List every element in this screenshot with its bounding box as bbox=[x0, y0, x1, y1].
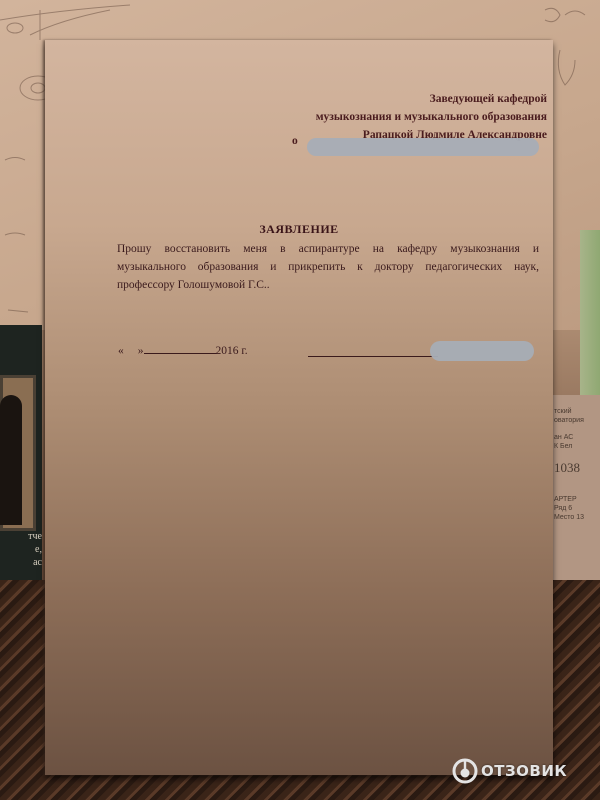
application-sheet: Заведующей кафедрой музыкознания и музык… bbox=[45, 40, 553, 775]
request-line: Прошу восстановить меня в аспирантуре на… bbox=[117, 240, 539, 258]
ticket-line: оватория bbox=[554, 416, 584, 425]
request-text: Прошу восстановить меня в аспирантуре на… bbox=[117, 240, 539, 294]
request-line: музыкального образования и прикрепить к … bbox=[117, 258, 539, 276]
ticket-venue: тский оватория bbox=[554, 407, 584, 425]
background-green-card bbox=[580, 230, 600, 395]
request-line: профессору Голошумовой Г.С.. bbox=[117, 276, 539, 294]
ticket-line: АРТЕР bbox=[554, 495, 584, 504]
redacted-signature-name bbox=[430, 341, 534, 361]
otzovik-watermark: ОТЗОВИК bbox=[452, 758, 567, 784]
ticket-line: Ряд 6 bbox=[554, 504, 584, 513]
ticket-line: К Бел bbox=[554, 442, 573, 451]
document-title: ЗАЯВЛЕНИЕ bbox=[45, 222, 553, 237]
otzovik-logo-icon bbox=[452, 758, 478, 784]
ticket-hall: ан АС К Бел bbox=[554, 433, 573, 451]
icon-figure bbox=[0, 395, 22, 525]
date-field: «»2016 г. bbox=[118, 343, 248, 357]
ticket-line: ан АС bbox=[554, 433, 573, 442]
icon-caption-line: е, bbox=[0, 543, 42, 556]
ticket-number: 1038 bbox=[554, 463, 580, 472]
ticket-line: тский bbox=[554, 407, 584, 416]
redacted-sender-name bbox=[307, 138, 539, 156]
from-prefix: о bbox=[292, 135, 298, 147]
watermark-brand: ОТЗОВИК bbox=[481, 762, 567, 780]
background-icon-card: тче е, ас bbox=[0, 325, 42, 585]
date-open-quote: « bbox=[118, 345, 124, 357]
ticket-seat: АРТЕР Ряд 6 Место 13 bbox=[554, 495, 584, 522]
ticket-line: Место 13 bbox=[554, 513, 584, 522]
signature-line bbox=[308, 356, 438, 357]
addressee-block: Заведующей кафедрой музыкознания и музык… bbox=[73, 90, 553, 144]
addressee-position: Заведующей кафедрой bbox=[73, 90, 553, 108]
date-month-blank bbox=[144, 343, 216, 354]
icon-caption-line: тче bbox=[0, 530, 42, 543]
background-ticket: тский оватория ан АС К Бел 1038 АРТЕР Ря… bbox=[548, 395, 600, 595]
icon-caption-line: ас bbox=[0, 556, 42, 569]
date-year: 2016 г. bbox=[216, 345, 248, 357]
icon-caption: тче е, ас bbox=[0, 530, 42, 569]
addressee-department: музыкознания и музыкального образования bbox=[73, 108, 553, 126]
